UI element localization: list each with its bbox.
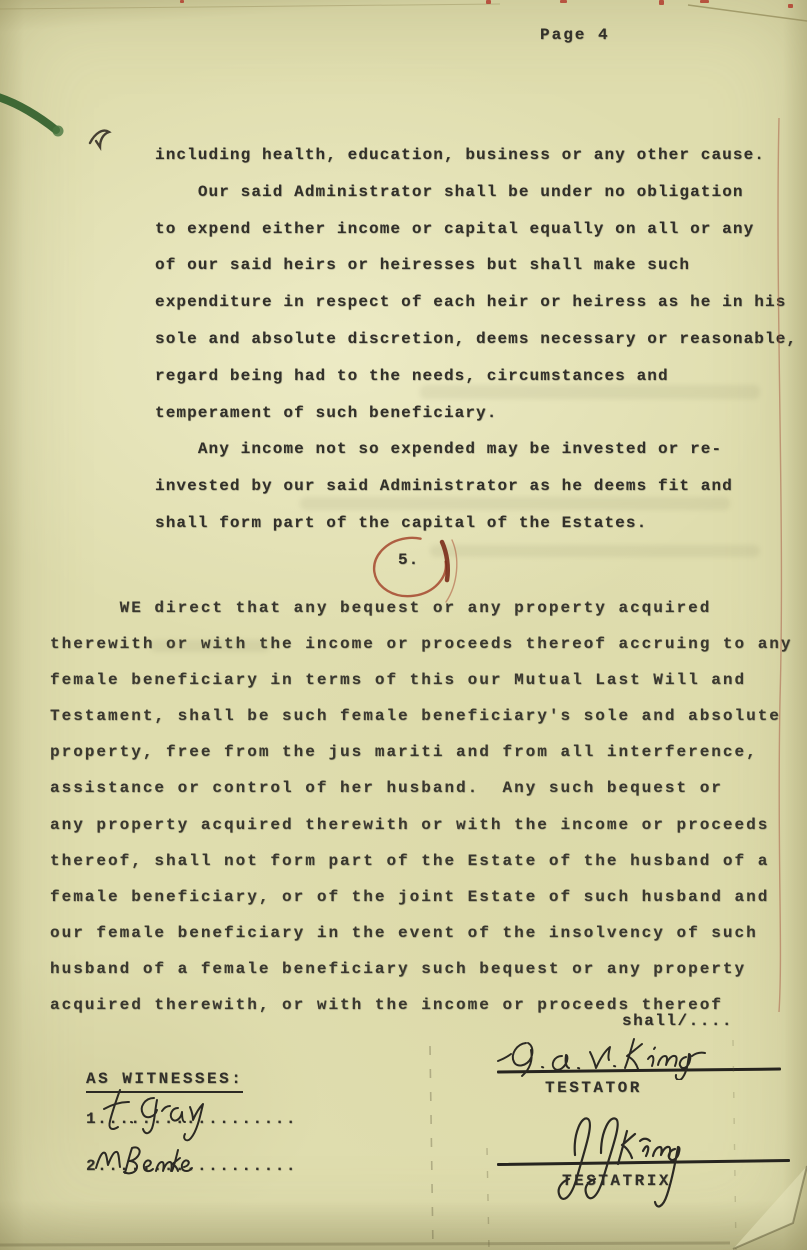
- clause-5-number: 5.: [398, 551, 419, 569]
- paper-fold-crease: [487, 1148, 489, 1250]
- document-page: Page 4 including health, education, busi…: [0, 0, 807, 1250]
- ink-bleedthrough-smudge: [430, 545, 760, 557]
- witness-2-signature: [88, 1138, 200, 1180]
- testatrix-signature: [545, 1103, 705, 1218]
- ink-bleedthrough-smudge: [420, 385, 760, 399]
- page-continuation-mark: shall/....: [622, 1012, 733, 1030]
- ink-bleedthrough-smudge: [300, 497, 730, 510]
- testator-signature: [492, 1030, 712, 1080]
- green-pen-mark: [0, 96, 64, 137]
- paper-fold-top: [0, 4, 500, 9]
- paper-fold-top: [688, 5, 807, 21]
- ink-bleedthrough-smudge: [150, 640, 270, 652]
- testator-label: TESTATOR: [545, 1079, 642, 1097]
- witness-1-signature: [100, 1080, 215, 1142]
- bottom-edge-shadow: [0, 1243, 730, 1245]
- paper-fold-crease: [430, 1046, 433, 1250]
- clause-4-text: including health, education, business or…: [155, 137, 807, 542]
- clause-5-text: WE direct that any bequest or any proper…: [50, 590, 807, 1023]
- ink-squiggle-mark: [90, 131, 109, 147]
- underlying-page-corner: [733, 1166, 807, 1249]
- page-number-label: Page 4: [540, 26, 610, 44]
- paper-fold-crease: [733, 1040, 736, 1250]
- red-ink-specks: [180, 0, 793, 8]
